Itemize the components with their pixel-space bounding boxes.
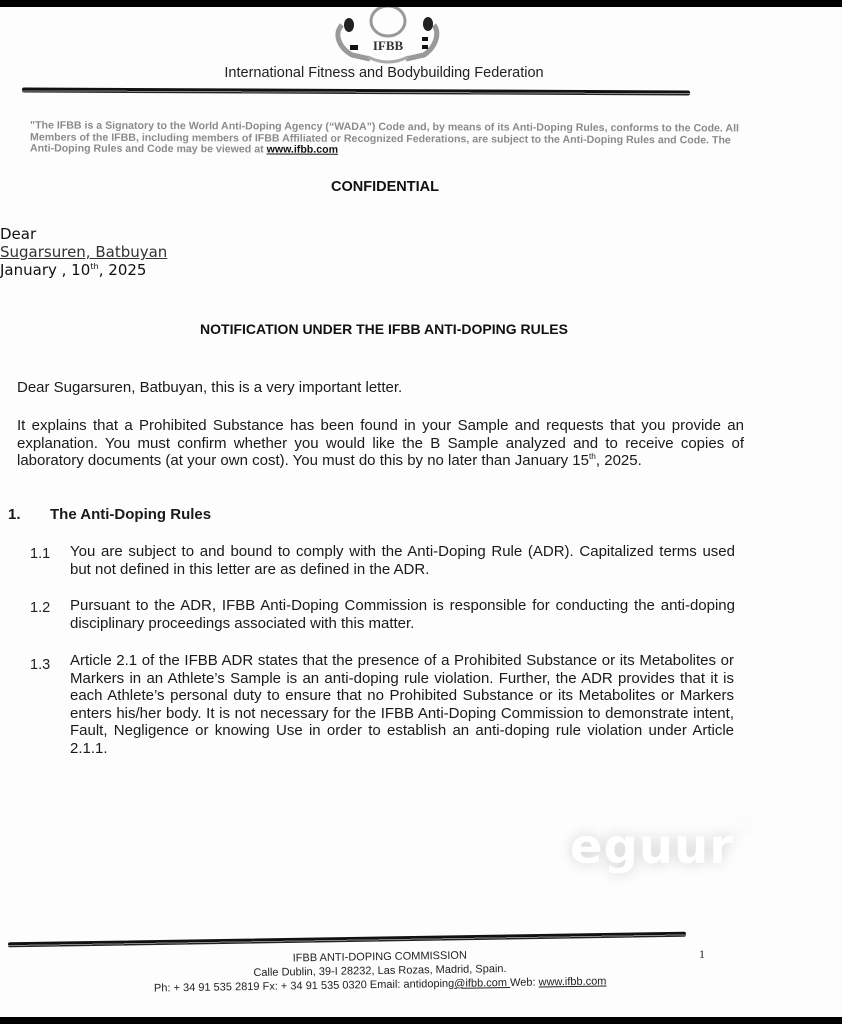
clause-text: Article 2.1 of the IFBB ADR states that … (70, 652, 734, 758)
letter-title: NOTIFICATION UNDER THE IFBB ANTI-DOPING … (0, 321, 768, 337)
salutation: Dear (0, 225, 167, 243)
footer-website-link[interactable]: www.ifbb.com (538, 975, 606, 988)
footer: IFBB ANTI-DOPING COMMISSION Calle Dublin… (100, 946, 661, 997)
letter-page: IFBB International Fitness and Bodybuild… (0, 7, 842, 1017)
section-number: 1. (8, 506, 21, 523)
footer-divider (8, 932, 686, 948)
ifbb-website-link[interactable]: www.ifbb.com (267, 144, 338, 156)
confidential-label: CONFIDENTIAL (0, 179, 770, 195)
intro-paragraph: It explains that a Prohibited Substance … (17, 417, 744, 470)
clause-number: 1.1 (30, 546, 50, 562)
addressee-name: Sugarsuren, Batbuyan (0, 243, 167, 261)
email-link[interactable]: @ifbb.com (454, 977, 510, 990)
clause-text: You are subject to and bound to comply w… (70, 543, 735, 578)
clause-number: 1.3 (30, 657, 50, 673)
section-title: The Anti-Doping Rules (50, 506, 211, 523)
clause-number: 1.2 (30, 600, 50, 616)
eguur-watermark: eguurmn (570, 819, 754, 875)
header-divider (22, 88, 690, 96)
greeting: Dear Sugarsuren, Batbuyan, this is a ver… (17, 379, 737, 397)
letter-date: January , 10th, 2025 (0, 261, 167, 279)
federation-name: International Fitness and Bodybuilding F… (0, 65, 768, 81)
clause-text: Pursuant to the ADR, IFBB Anti-Doping Co… (70, 597, 735, 632)
ifbb-logo-icon: IFBB (330, 7, 445, 65)
page-number: 1 (699, 947, 705, 962)
wada-notice: "The IFBB is a Signatory to the World An… (30, 120, 750, 158)
svg-text:IFBB: IFBB (373, 38, 404, 53)
addressee-block: Dear Sugarsuren, Batbuyan January , 10th… (0, 225, 167, 279)
wada-notice-text: "The IFBB is a Signatory to the World An… (30, 119, 739, 155)
